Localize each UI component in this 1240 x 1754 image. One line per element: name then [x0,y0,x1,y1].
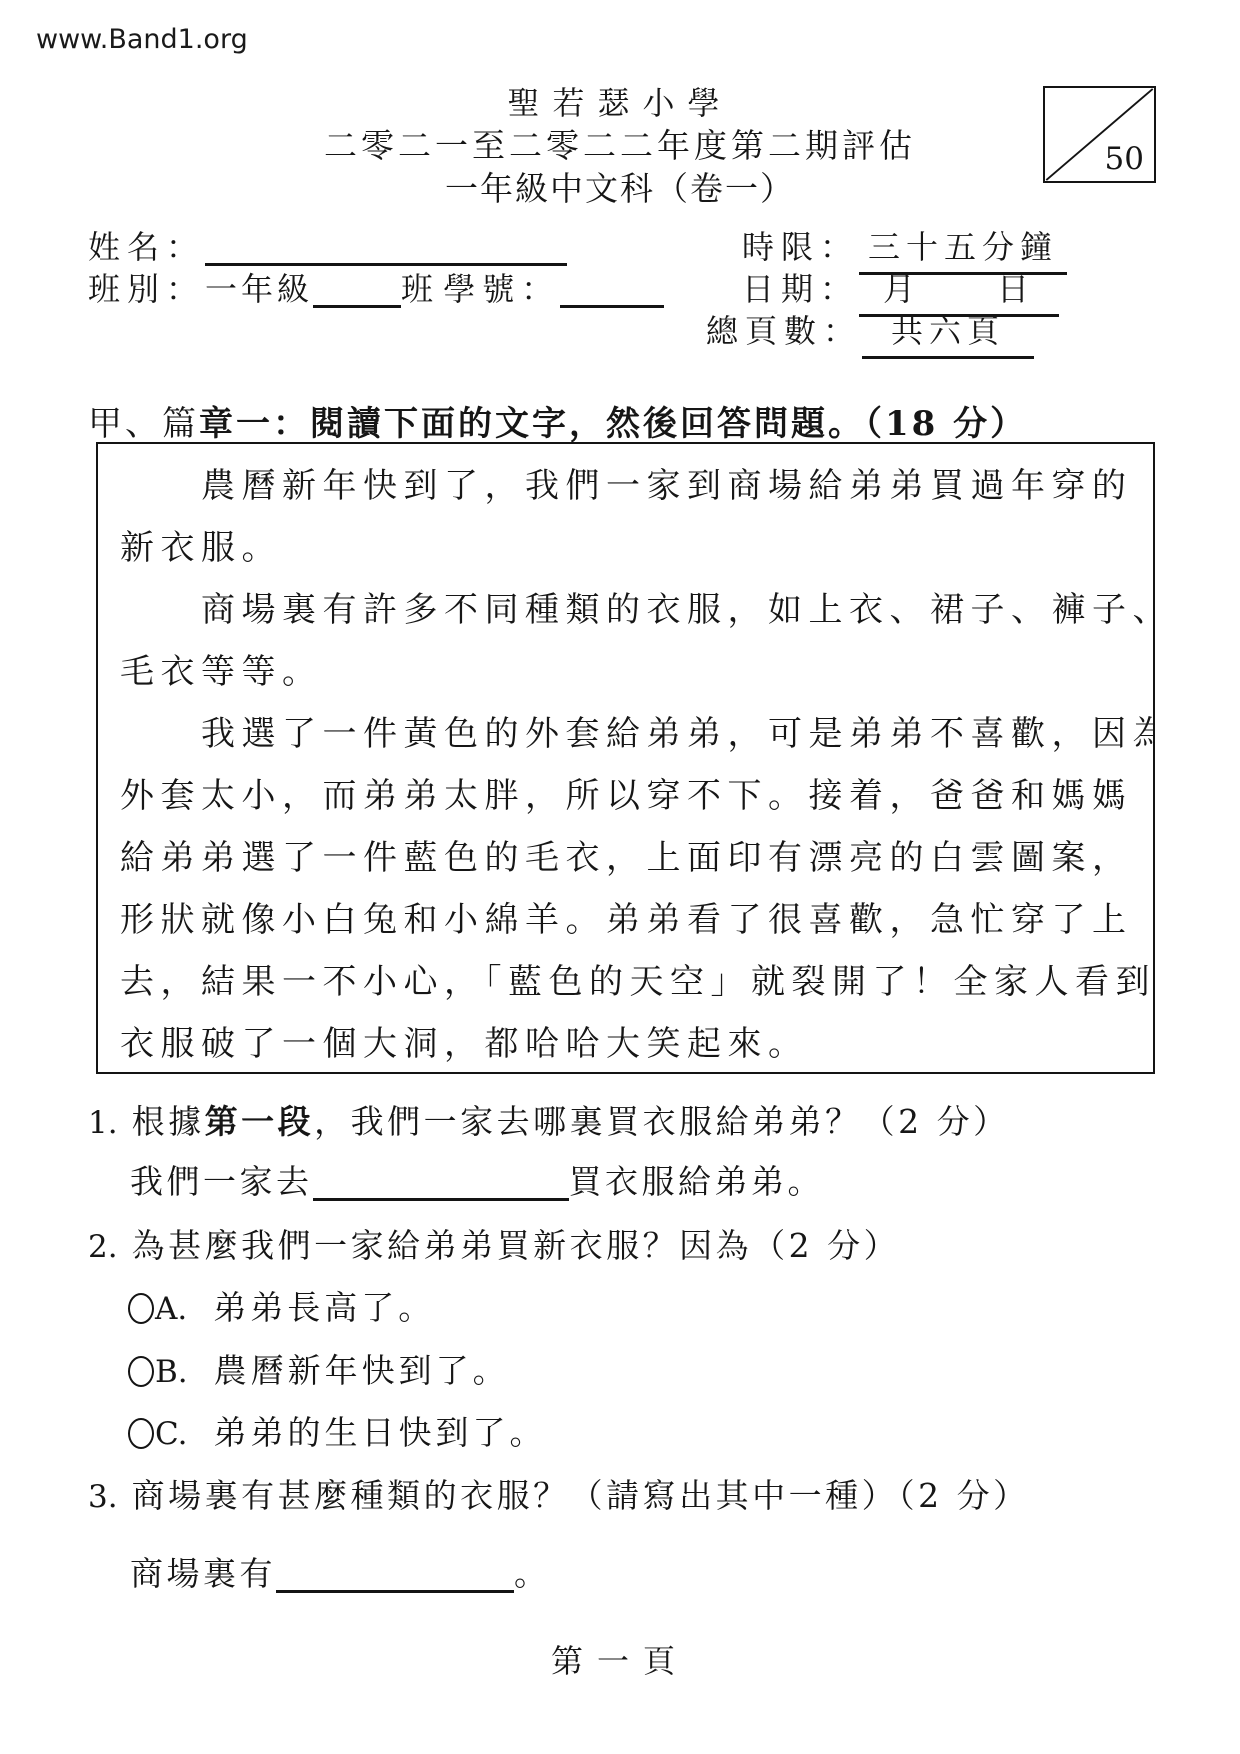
section-a-title: 章一：閱讀下面的文字，然後回答問題。（18 分） [199,404,1027,444]
question-3-answer-line: 商場裏有。 [130,1548,551,1595]
question-1-bold: 第一段 [205,1102,315,1141]
pages-row: 總頁數：共六頁 [706,306,1034,359]
reading-passage-box: 農曆新年快到了，我們一家到商場給弟弟買過年穿的 新衣服。 商場裏有許多不同種類的… [96,442,1155,1074]
question-2-number: 2. [88,1229,118,1265]
name-row: 姓名： [88,222,567,268]
pages-label: 總頁數： [706,312,862,350]
passage-line: 我選了一件黃色的外套給弟弟，可是弟弟不喜歡，因為 [120,703,1133,765]
question-1-answer-post: 買衣服給弟弟。 [569,1162,825,1201]
total-marks: 50 [1105,141,1144,177]
section-a-heading: 甲、篇章一：閱讀下面的文字，然後回答問題。（18 分） [88,396,1027,445]
time-label: 時限： [742,228,859,266]
question-2-option-b: B.農曆新年快到了。 [128,1345,510,1392]
question-3-answer-blank [276,1556,514,1593]
score-box: 50 [1043,86,1156,183]
passage-line: 給弟弟選了一件藍色的毛衣，上面印有漂亮的白雲圖案， [120,827,1133,889]
watermark-url: www.Band1.org [36,24,248,55]
passage-line: 商場裏有許多不同種類的衣服，如上衣、裙子、褲子、 [120,579,1133,641]
option-c-text: 弟弟的生日快到了。 [213,1413,546,1452]
question-2-text: 為甚麼我們一家給弟弟買新衣服？因為（2 分） [132,1226,901,1265]
question-2-option-c: C.弟弟的生日快到了。 [128,1407,546,1454]
question-2-option-a: A.弟弟長高了。 [128,1282,435,1329]
exam-paper-page: www.Band1.org 聖若瑟小學 二零二一至二零二二年度第二期評估 一年級… [0,0,1240,1754]
class-row: 班別：一年級班 學號： [88,264,664,310]
page-number: 第一頁 [0,1636,1240,1682]
passage-line: 毛衣等等。 [120,641,1133,703]
name-label: 姓名： [88,228,205,266]
answer-circle-icon [128,1356,154,1387]
class-blank [313,271,401,308]
question-3-answer-post: 。 [514,1554,551,1593]
class-label: 班別： [88,270,205,308]
pages-value: 共六頁 [862,306,1034,359]
passage-line: 形狀就像小白兔和小綿羊。弟弟看了很喜歡，急忙穿了上 [120,889,1133,951]
passage-line: 新衣服。 [120,517,1133,579]
question-1-answer-line: 我們一家去買衣服給弟弟。 [130,1156,824,1203]
question-3-text: 商場裏有甚麼種類的衣服？（請寫出其中一種）（2 分） [132,1476,1030,1515]
option-a-text: 弟弟長高了。 [213,1288,435,1327]
answer-circle-icon [128,1293,154,1324]
question-1-answer-pre: 我們一家去 [130,1162,313,1201]
option-c-letter: C. [155,1416,187,1452]
question-1: 1.根據第一段，我們一家去哪裏買衣服給弟弟？（2 分） [88,1096,1010,1143]
name-blank [205,229,567,266]
question-2: 2.為甚麼我們一家給弟弟買新衣服？因為（2 分） [88,1220,900,1267]
question-3-answer-pre: 商場裏有 [130,1554,276,1593]
option-b-text: 農曆新年快到了。 [214,1351,510,1390]
class-unit: 班 [401,270,433,308]
student-no-label: 學號： [443,270,560,308]
option-b-letter: B. [155,1354,188,1390]
question-3-number: 3. [88,1479,118,1515]
class-grade-prefix: 一年級 [205,270,313,308]
passage-line: 去，結果一不小心，「藍色的天空」就裂開了！全家人看到 [120,951,1133,1013]
date-label: 日期： [742,270,859,308]
section-a-lead: 甲、篇 [88,404,199,444]
question-1-post: ，我們一家去哪裏買衣服給弟弟？（2 分） [314,1102,1010,1141]
option-a-letter: A. [155,1291,187,1327]
student-no-blank [560,271,664,308]
passage-line: 農曆新年快到了，我們一家到商場給弟弟買過年穿的 [120,455,1133,517]
passage-line: 外套太小，而弟弟太胖，所以穿不下。接着，爸爸和媽媽 [120,765,1133,827]
passage-line: 衣服破了一個大洞，都哈哈大笑起來。 [120,1013,1133,1074]
question-3: 3.商場裏有甚麼種類的衣服？（請寫出其中一種）（2 分） [88,1470,1030,1517]
answer-circle-icon [128,1418,154,1449]
question-1-pre: 根據 [132,1102,205,1141]
question-1-answer-blank [313,1164,569,1201]
question-1-number: 1. [88,1105,118,1141]
